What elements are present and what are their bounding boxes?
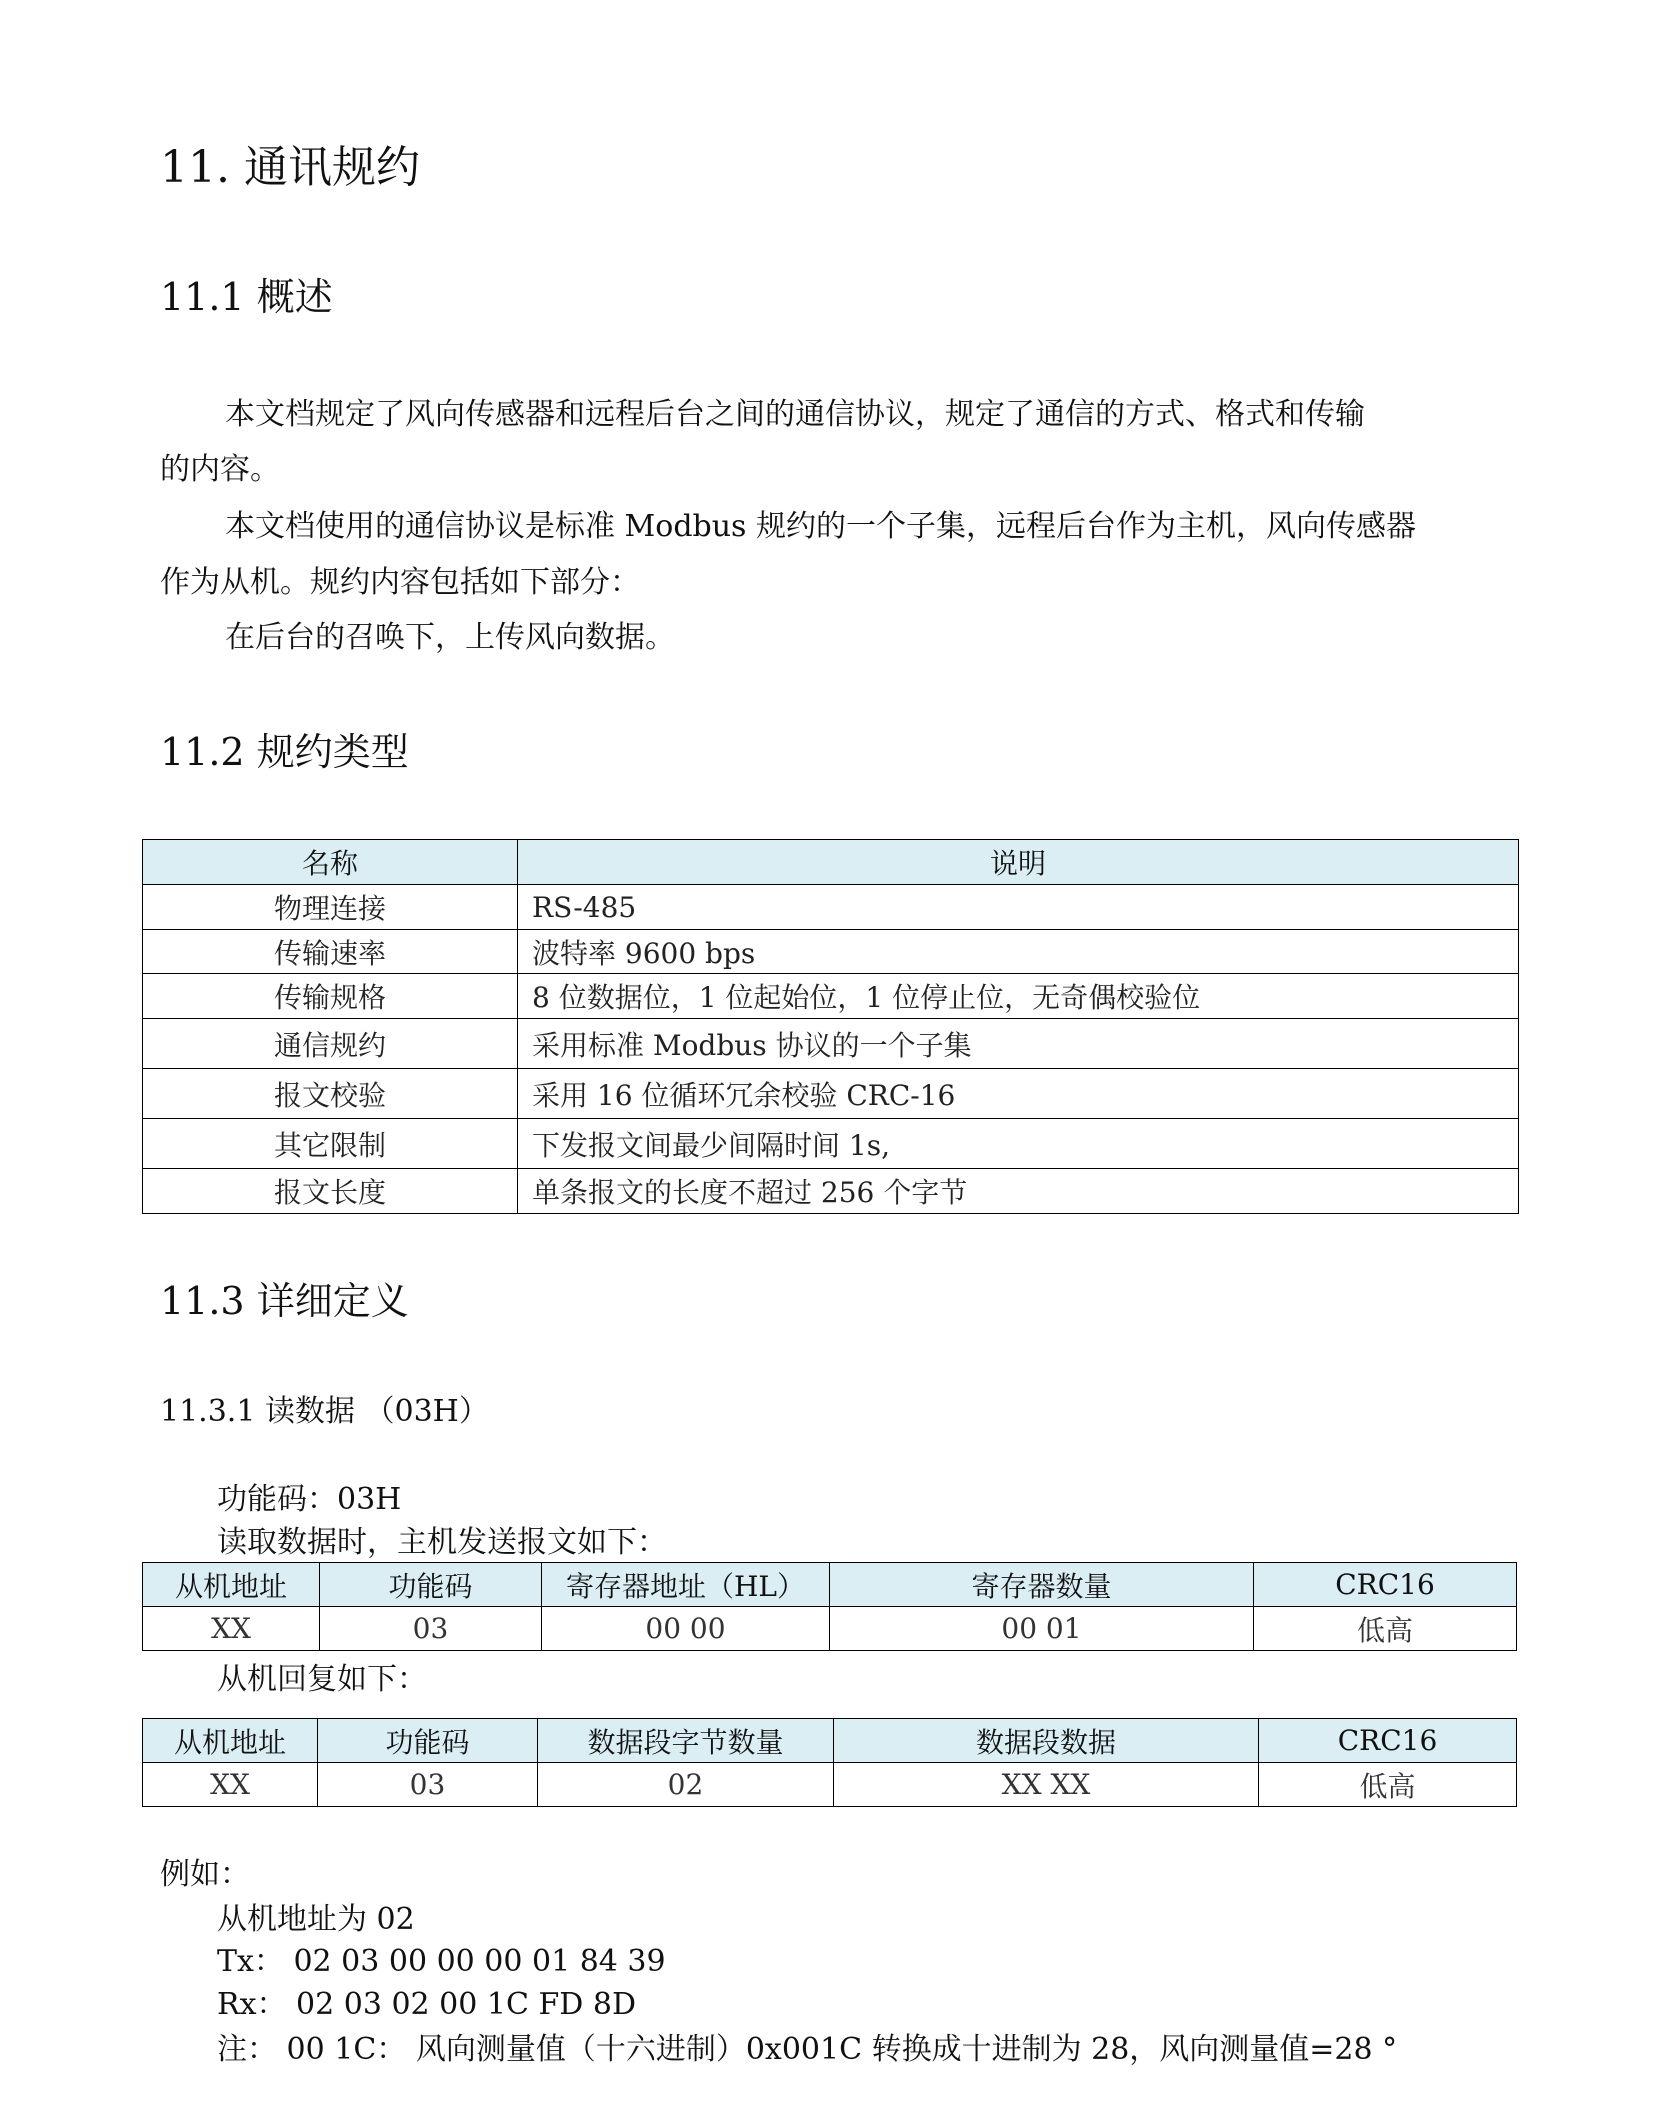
cell-description: 采用 16 位循环冗余校验 CRC-16: [518, 1069, 1519, 1119]
reply-intro: 从机回复如下：: [217, 1665, 427, 1695]
cell-description: 波特率 9600 bps: [518, 930, 1519, 974]
cell-name: 报文长度: [143, 1169, 518, 1214]
header-cell: 功能码: [318, 1719, 538, 1763]
header-cell: 数据段字节数量: [538, 1719, 834, 1763]
header-cell: 寄存器地址（HL）: [542, 1563, 830, 1607]
header-cell: 数据段数据: [834, 1719, 1259, 1763]
request-intro: 读取数据时，主机发送报文如下：: [217, 1528, 667, 1558]
table-header-row: 名称 说明: [143, 840, 1519, 885]
function-code-line: 功能码：03H: [217, 1485, 401, 1515]
cell-name: 物理连接: [143, 885, 518, 930]
table-row: 传输规格 8 位数据位，1 位起始位，1 位停止位，无奇偶校验位: [143, 974, 1519, 1019]
cell: 02: [538, 1763, 834, 1807]
reply-frame-table: 从机地址 功能码 数据段字节数量 数据段数据 CRC16 XX 03 02 XX…: [142, 1718, 1517, 1807]
table-row: 其它限制 下发报文间最少间隔时间 1s,: [143, 1119, 1519, 1169]
example-line-slave-address: 从机地址为 02: [217, 1905, 415, 1935]
section-title-protocol-type: 11.2 规约类型: [160, 733, 409, 771]
paragraph-line: 在后台的召唤下，上传风向数据。: [225, 623, 675, 653]
cell: XX XX: [834, 1763, 1259, 1807]
header-cell: 寄存器数量: [830, 1563, 1254, 1607]
header-cell: CRC16: [1254, 1563, 1517, 1607]
header-cell: CRC16: [1259, 1719, 1517, 1763]
cell-description: 单条报文的长度不超过 256 个字节: [518, 1169, 1519, 1214]
cell-description: 8 位数据位，1 位起始位，1 位停止位，无奇偶校验位: [518, 974, 1519, 1019]
cell-name: 报文校验: [143, 1069, 518, 1119]
cell: XX: [143, 1763, 318, 1807]
cell: 低高: [1259, 1763, 1517, 1807]
table-row: XX 03 02 XX XX 低高: [143, 1763, 1517, 1807]
example-line-note: 注： 00 1C： 风向测量值（十六进制）0x001C 转换成十进制为 28，风…: [217, 2035, 1397, 2065]
cell: 低高: [1254, 1607, 1517, 1651]
cell-name: 其它限制: [143, 1119, 518, 1169]
example-line-tx: Tx： 02 03 00 00 00 01 84 39: [217, 1947, 666, 1977]
table-header-row: 从机地址 功能码 寄存器地址（HL） 寄存器数量 CRC16: [143, 1563, 1517, 1607]
request-frame-table: 从机地址 功能码 寄存器地址（HL） 寄存器数量 CRC16 XX 03 00 …: [142, 1562, 1517, 1651]
cell-name: 传输规格: [143, 974, 518, 1019]
table-row: 传输速率 波特率 9600 bps: [143, 930, 1519, 974]
paragraph-line: 的内容。: [160, 455, 280, 485]
cell-name: 传输速率: [143, 930, 518, 974]
header-cell: 从机地址: [143, 1563, 320, 1607]
table-header-row: 从机地址 功能码 数据段字节数量 数据段数据 CRC16: [143, 1719, 1517, 1763]
header-cell-description: 说明: [518, 840, 1519, 885]
section-title-overview: 11.1 概述: [160, 278, 333, 316]
cell: 03: [318, 1763, 538, 1807]
cell: 00 00: [542, 1607, 830, 1651]
example-line-rx: Rx： 02 03 02 00 1C FD 8D: [217, 1990, 636, 2020]
cell: XX: [143, 1607, 320, 1651]
header-cell: 从机地址: [143, 1719, 318, 1763]
cell-description: RS-485: [518, 885, 1519, 930]
paragraph-line: 本文档规定了风向传感器和远程后台之间的通信协议，规定了通信的方式、格式和传输: [225, 400, 1365, 430]
table-row: 物理连接 RS-485: [143, 885, 1519, 930]
example-label: 例如：: [160, 1860, 250, 1890]
table-row: XX 03 00 00 00 01 低高: [143, 1607, 1517, 1651]
cell-description: 采用标准 Modbus 协议的一个子集: [518, 1019, 1519, 1069]
cell: 03: [320, 1607, 542, 1651]
paragraph-line: 作为从机。规约内容包括如下部分：: [160, 568, 640, 598]
paragraph-line: 本文档使用的通信协议是标准 Modbus 规约的一个子集，远程后台作为主机，风向…: [225, 512, 1416, 542]
table-row: 报文长度 单条报文的长度不超过 256 个字节: [143, 1169, 1519, 1214]
protocol-type-table: 名称 说明 物理连接 RS-485 传输速率 波特率 9600 bps 传输规格…: [142, 839, 1519, 1214]
header-cell: 功能码: [320, 1563, 542, 1607]
chapter-title: 11. 通讯规约: [160, 146, 420, 190]
table-row: 报文校验 采用 16 位循环冗余校验 CRC-16: [143, 1069, 1519, 1119]
subsection-title-read-data: 11.3.1 读数据 （03H）: [160, 1397, 489, 1427]
cell: 00 01: [830, 1607, 1254, 1651]
cell-description: 下发报文间最少间隔时间 1s,: [518, 1119, 1519, 1169]
cell-name: 通信规约: [143, 1019, 518, 1069]
section-title-detail: 11.3 详细定义: [160, 1282, 409, 1320]
header-cell-name: 名称: [143, 840, 518, 885]
table-row: 通信规约 采用标准 Modbus 协议的一个子集: [143, 1019, 1519, 1069]
